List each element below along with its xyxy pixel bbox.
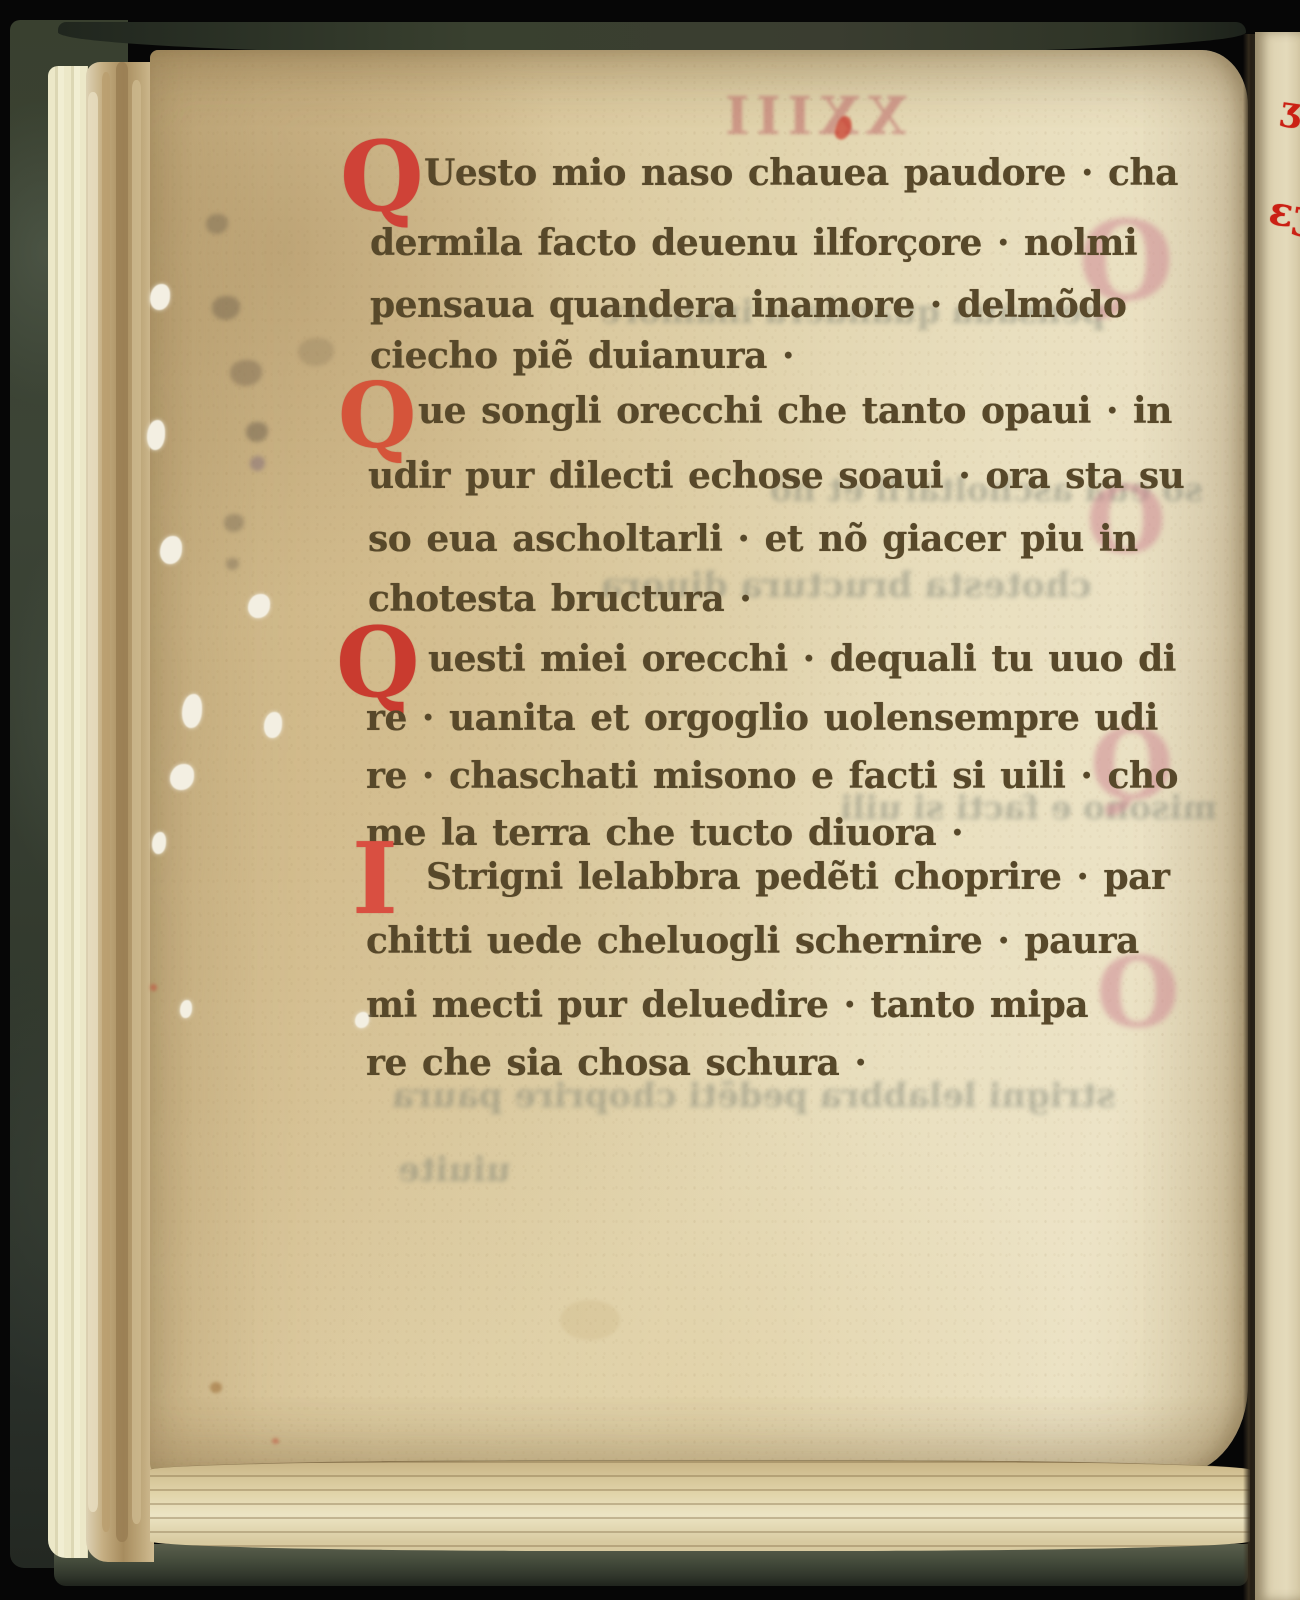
leaf-edge-strip <box>102 72 110 1532</box>
recto-red-penwork: ɛʒ <box>1266 187 1300 240</box>
manuscript-text-line: dermila facto deuenu ilforçore · nolmi <box>370 222 1137 264</box>
leaf-edge-strip <box>132 80 141 1524</box>
manuscript-page: XXIIIpensaua quandera inamoreso eua asch… <box>150 50 1248 1474</box>
recto-red-penwork: ʒ <box>1278 89 1300 131</box>
leaf-edge-strip <box>88 92 98 1512</box>
parchment-leaf-edges <box>86 62 154 1562</box>
manuscript-text-line: re · uanita et orgoglio uolensempre udi <box>366 697 1158 739</box>
bottom-leaf-stack <box>150 1460 1250 1551</box>
manuscript-text-line: ue songli orecchi che tanto opaui · in <box>418 390 1172 432</box>
manuscript-text-line: me la terra che tucto diuora · <box>366 812 963 854</box>
manuscript-text-line: pensaua quandera inamore · delmõdo <box>370 284 1126 326</box>
manuscript-text-line: udir pur dilecti echose soaui · ora sta … <box>368 455 1184 497</box>
folio-number-show-through: XXIII <box>718 86 907 147</box>
manuscript-text-line: chitti uede cheluogli schernire · paura <box>366 920 1139 962</box>
ghost-text-show-through: uiuite <box>398 1150 511 1190</box>
leaf-edge-strip <box>116 62 128 1542</box>
parchment-stain <box>210 1382 222 1393</box>
parchment-stain <box>150 984 157 991</box>
rubric-initial: Q <box>336 620 420 706</box>
manuscript-photo: XXIIIpensaua quandera inamoreso eua asch… <box>0 0 1300 1600</box>
manuscript-text-line: Strigni lelabbra pedẽti choprire · par <box>426 856 1169 898</box>
parchment-stain <box>272 1438 279 1444</box>
rubric-initial: Q <box>340 134 424 220</box>
manuscript-text-line: mi mecti pur deluedire · tanto mipa <box>366 984 1088 1026</box>
manuscript-text-line: ciecho piẽ duianura · <box>370 335 794 377</box>
manuscript-text-line: chotesta bructura · <box>368 578 751 620</box>
flyleaf-page-edges <box>48 66 88 1558</box>
rubric-initial: I <box>352 836 398 924</box>
manuscript-text-line: re che sia chosa schura · <box>366 1042 866 1084</box>
rubric-initial: Q <box>338 376 416 457</box>
manuscript-text-line: so eua ascholtarli · et nõ giacer piu in <box>368 518 1138 560</box>
manuscript-text-line: re · chaschati misono e facti si uili · … <box>366 755 1178 797</box>
manuscript-text-line: uesti miei orecchi · dequali tu uuo di <box>428 638 1176 680</box>
parchment-stain <box>560 1300 620 1340</box>
next-page-edge: ʒɛʒ <box>1255 32 1300 1600</box>
manuscript-text-line: Uesto mio naso chauea paudore · cha <box>424 152 1178 194</box>
